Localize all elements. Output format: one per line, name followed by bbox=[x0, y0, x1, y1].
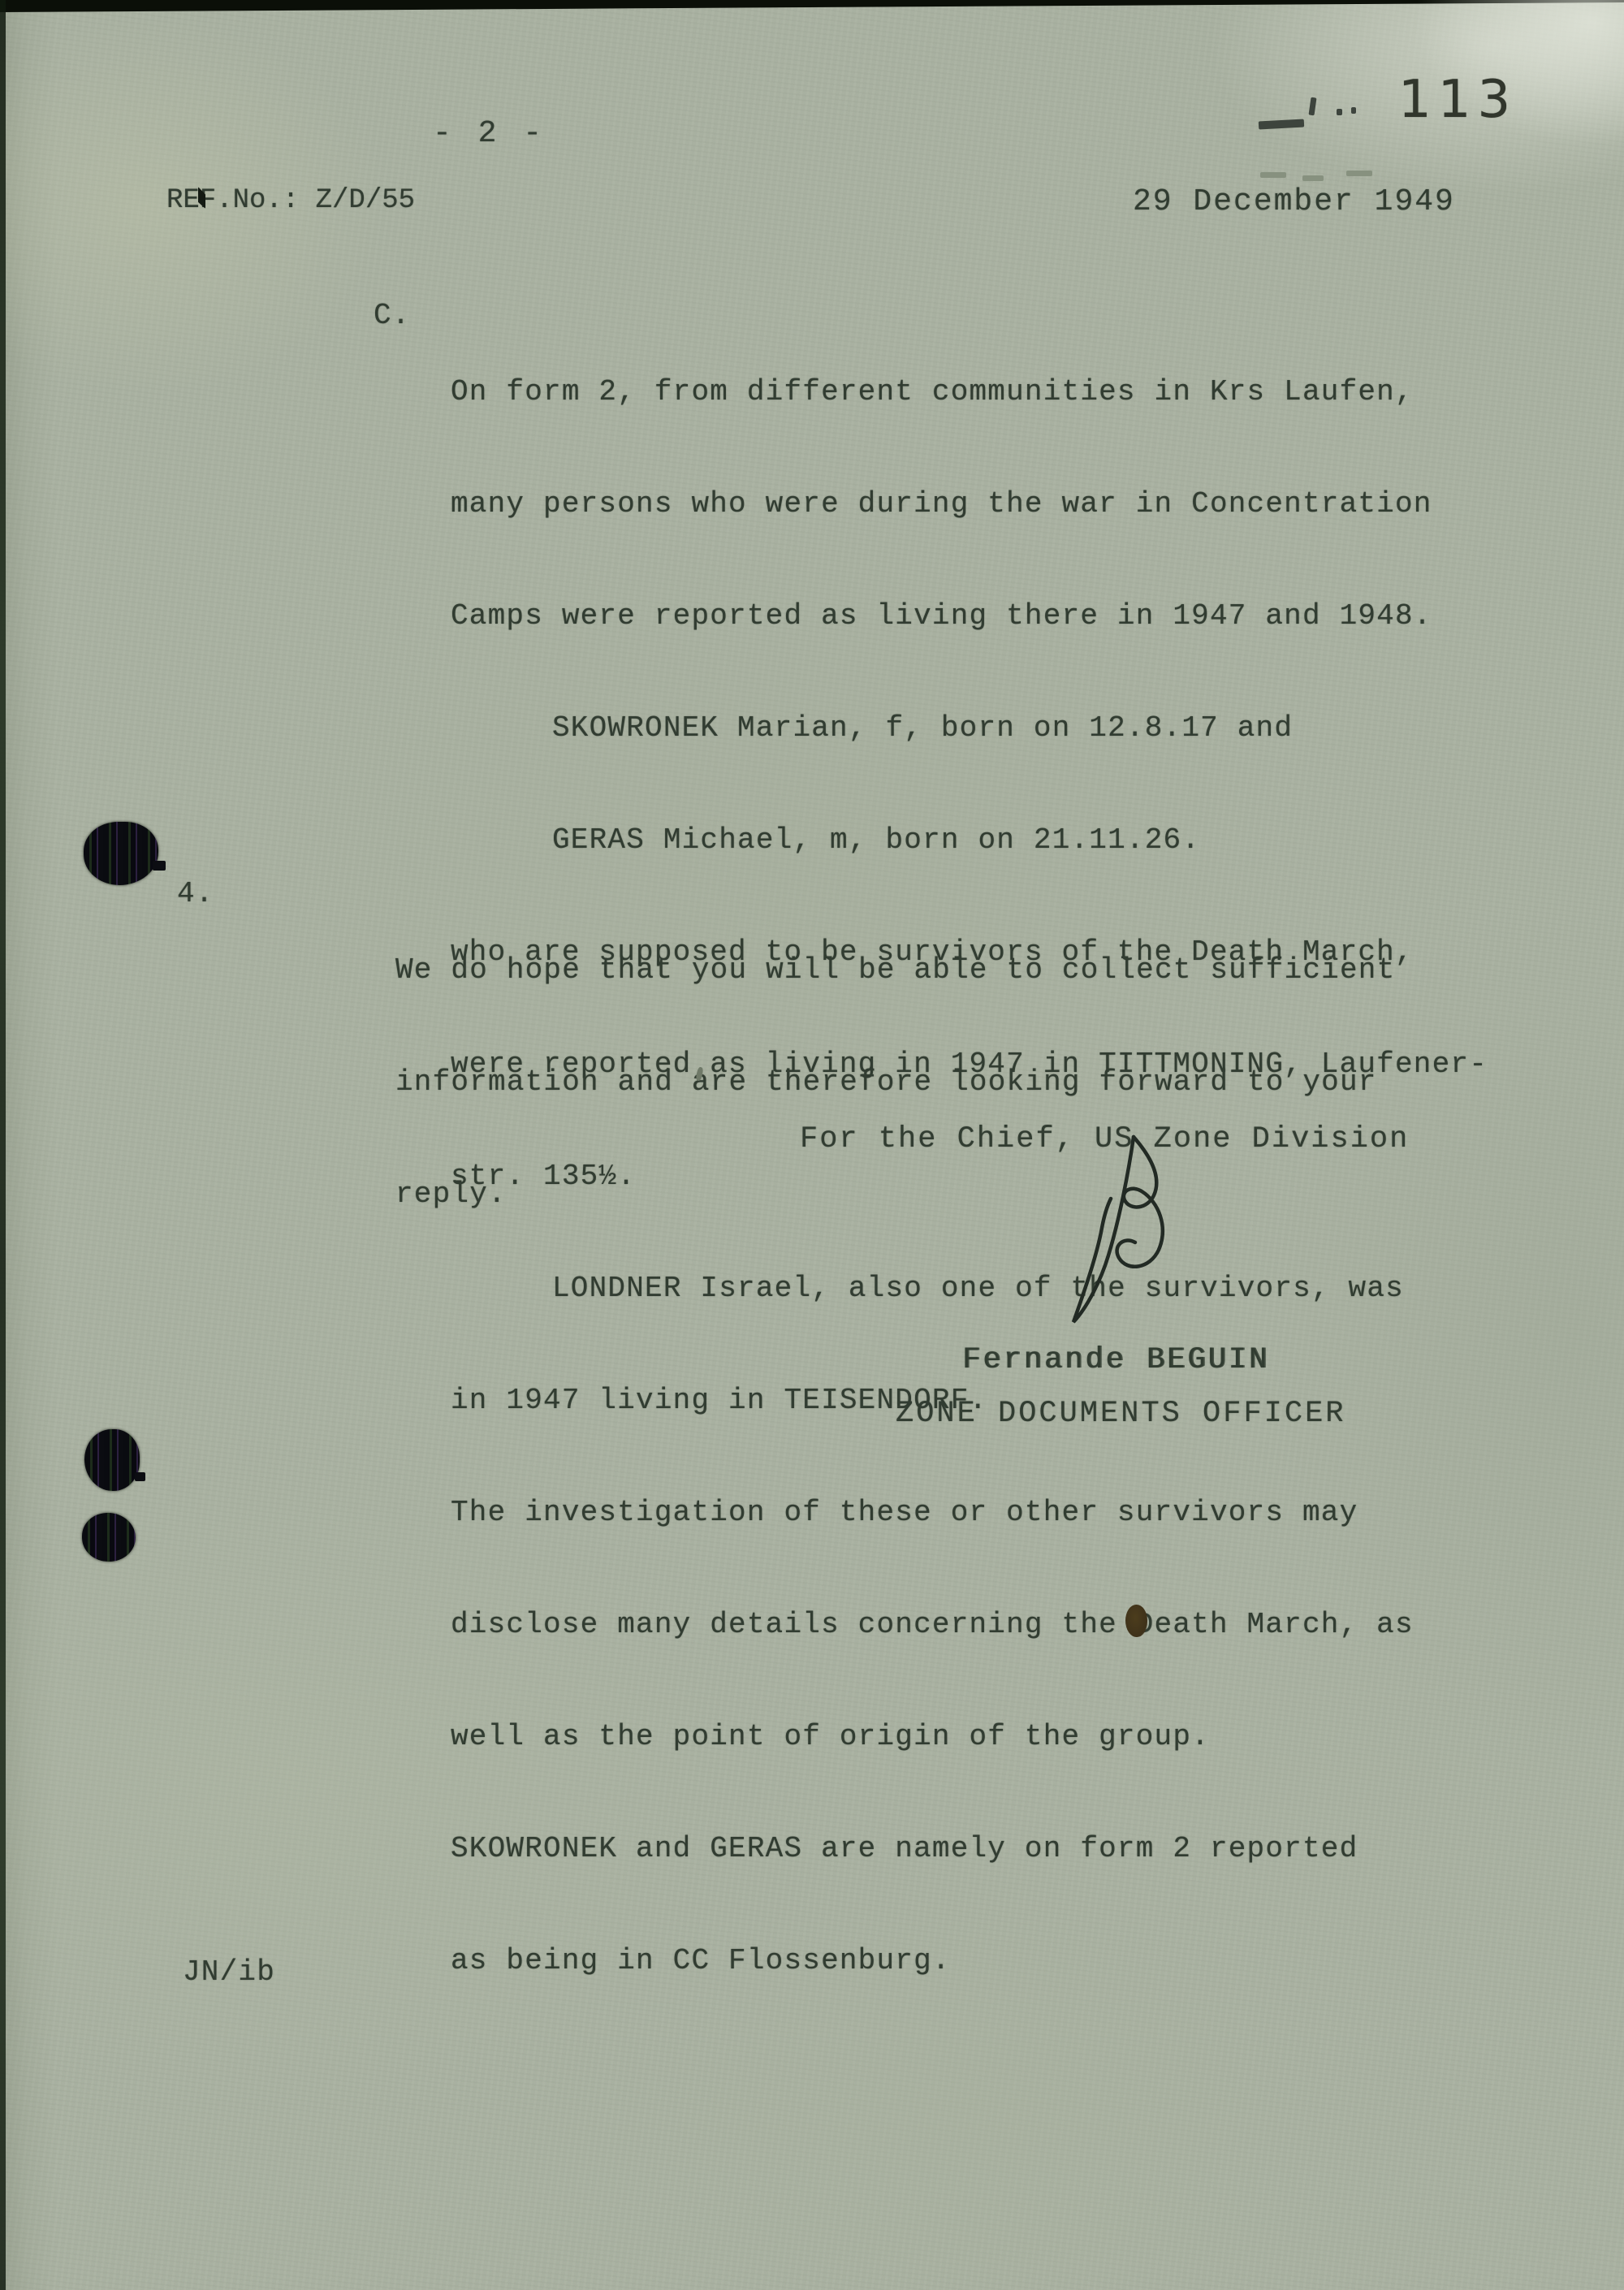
paragraph-c-label: C. bbox=[374, 299, 411, 332]
punch-hole bbox=[84, 822, 158, 885]
scan-edge-left bbox=[0, 0, 6, 2290]
pencil-mark-faint-dash bbox=[1260, 172, 1286, 178]
typed-line: reply. bbox=[395, 1176, 1395, 1213]
date-line: 29 December 1949 bbox=[1133, 184, 1455, 221]
stamped-folio-number: 113 bbox=[1398, 70, 1517, 130]
pencil-mark-faint-dash bbox=[1346, 171, 1372, 176]
scanned-letter-page: - 2 - 113 REF.No.: Z/D/55 29 December 19… bbox=[0, 0, 1624, 2290]
typed-line: disclose many details concerning the Dea… bbox=[451, 1606, 1488, 1644]
typed-line: We do hope that you will be able to coll… bbox=[395, 952, 1395, 989]
typed-line: On form 2, from different communities in… bbox=[451, 374, 1488, 411]
pencil-mark-dot bbox=[1351, 107, 1356, 114]
typed-line: GERAS Michael, m, born on 21.11.26. bbox=[451, 822, 1488, 859]
typed-line: SKOWRONEK Marian, f, born on 12.8.17 and bbox=[451, 710, 1488, 747]
pencil-mark-faint-dash bbox=[1302, 175, 1324, 181]
paragraph-4: We do hope that you will be able to coll… bbox=[395, 877, 1395, 1288]
typed-line: as being in CC Flossenburg. bbox=[451, 1942, 1488, 1980]
typed-line: well as the point of origin of the group… bbox=[451, 1718, 1488, 1756]
typed-line: The investigation of these or other surv… bbox=[451, 1494, 1488, 1532]
typist-reference: JN/ib bbox=[183, 1954, 275, 1991]
handwritten-signature bbox=[1052, 1134, 1198, 1333]
paper-stain bbox=[1125, 1605, 1147, 1637]
pencil-mark-dash bbox=[1259, 119, 1304, 130]
punch-hole bbox=[84, 1429, 140, 1491]
typed-line: SKOWRONEK and GERAS are namely on form 2… bbox=[451, 1830, 1488, 1868]
pencil-mark-dot bbox=[1337, 109, 1342, 115]
signatory-name: Fernande BEGUIN bbox=[962, 1342, 1269, 1379]
typed-line: information and are therefore looking fo… bbox=[395, 1064, 1395, 1101]
typed-line: many persons who were during the war in … bbox=[451, 486, 1488, 523]
paragraph-4-label: 4. bbox=[177, 877, 214, 910]
signatory-title: ZONE DOCUMENTS OFFICER bbox=[896, 1395, 1345, 1432]
typed-line: Camps were reported as living there in 1… bbox=[451, 598, 1488, 635]
punch-hole bbox=[82, 1513, 136, 1562]
scan-edge-top bbox=[0, 0, 1624, 12]
pencil-mark-tick bbox=[1309, 97, 1317, 116]
page-number: - 2 - bbox=[433, 115, 546, 153]
